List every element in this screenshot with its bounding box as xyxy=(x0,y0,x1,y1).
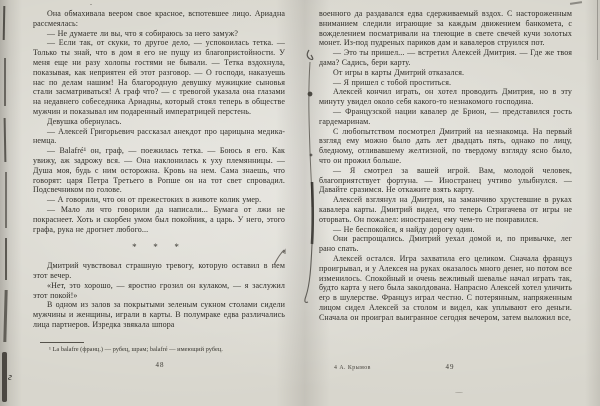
paragraph: — Я пришел с тобой проститься. xyxy=(319,78,572,88)
paragraph: — Французской нации кавалер де Брион, — … xyxy=(319,107,572,127)
paragraph: В одном из залов за покрытыми зеленым су… xyxy=(33,300,285,329)
scan-edge-mark xyxy=(3,290,7,342)
paragraph: — Это ты пришел... — встретил Алексей Дм… xyxy=(319,48,572,68)
footnote: ¹ La balafre (франц.) — рубец, шрам; bal… xyxy=(49,346,287,354)
scan-edge-blob xyxy=(2,352,7,402)
paragraph: — Если так, от скуки, то другое дело, — … xyxy=(33,38,285,116)
pen-slash-mark xyxy=(264,248,294,268)
paragraph: «Нет, это хорошо, — яростно грозил он ку… xyxy=(33,281,285,301)
scan-edge-mark xyxy=(4,58,6,106)
paragraph: Алексей взглянул на Дмитрия, на заманчив… xyxy=(319,195,572,224)
scan-speckle xyxy=(325,300,327,302)
section-separator: * * * xyxy=(33,243,285,253)
paragraph: Девушка обернулась. xyxy=(33,117,285,127)
paragraph: — Алексей Григорьевич рассказал анекдот … xyxy=(33,127,285,147)
scan-edge-mark xyxy=(570,1,582,5)
footnote-divider xyxy=(40,342,84,343)
scan-speckle xyxy=(455,392,463,393)
paragraph: Алексей кончил играть, он хотел проводит… xyxy=(319,87,572,107)
left-page-text-top: Она обмахивала веером свое красное, вспо… xyxy=(33,9,285,234)
paragraph: — А говорили, что он от прежестоких в жи… xyxy=(33,195,285,205)
scan-edge-mark xyxy=(597,0,598,60)
paragraph: Дмитрий чувствовал страшную тревогу, кот… xyxy=(33,261,285,281)
paragraph: — Мало ли что говорили да написали... Бу… xyxy=(33,205,285,234)
paragraph: С любопытством посмотрел Дмитрий на незн… xyxy=(319,127,572,166)
right-page: военного да раздавался едва сдерживаемый… xyxy=(319,9,572,323)
left-page-text-bottom: Дмитрий чувствовал страшную тревогу, кот… xyxy=(33,261,285,330)
paragraph: От игры в карты Дмитрий отказался. xyxy=(319,68,572,78)
paragraph: — Не беспокойся, я найду дорогу один. xyxy=(319,225,572,235)
scan-edge-mark xyxy=(5,172,7,228)
binding-thread-mark xyxy=(294,22,328,322)
paragraph: — Я смотрел за вашей игрой. Вам, молодой… xyxy=(319,166,572,195)
page-number-right: 49 xyxy=(420,363,480,371)
paragraph: военного да раздавался едва сдерживаемый… xyxy=(319,9,572,48)
paragraph: Она обмахивала веером свое красное, вспо… xyxy=(33,9,285,29)
left-page: Она обмахивала веером свое красное, вспо… xyxy=(33,9,285,330)
scan-edge-mark xyxy=(4,118,7,162)
scan-edge-mark xyxy=(5,238,7,280)
paragraph: — Balafré¹ он, граф, — поежилась тетка. … xyxy=(33,146,285,195)
book-scan: Она обмахивала веером свое красное, вспо… xyxy=(0,0,600,406)
scan-edge-mark xyxy=(3,6,6,40)
paragraph: — Не думаете ли вы, что я собираюсь за н… xyxy=(33,29,285,39)
printer-signature: 4 А. Крымов xyxy=(334,365,371,371)
handwritten-mark: г xyxy=(8,372,12,383)
paragraph: Алексей остался. Игра захватила его цели… xyxy=(319,254,572,323)
paragraph: Они распрощались. Дмитрий уехал домой и,… xyxy=(319,234,572,254)
right-page-text: военного да раздавался едва сдерживаемый… xyxy=(319,9,572,323)
scan-speckle xyxy=(553,115,555,117)
scan-speckle xyxy=(90,4,92,5)
page-number-left: 48 xyxy=(120,361,200,369)
